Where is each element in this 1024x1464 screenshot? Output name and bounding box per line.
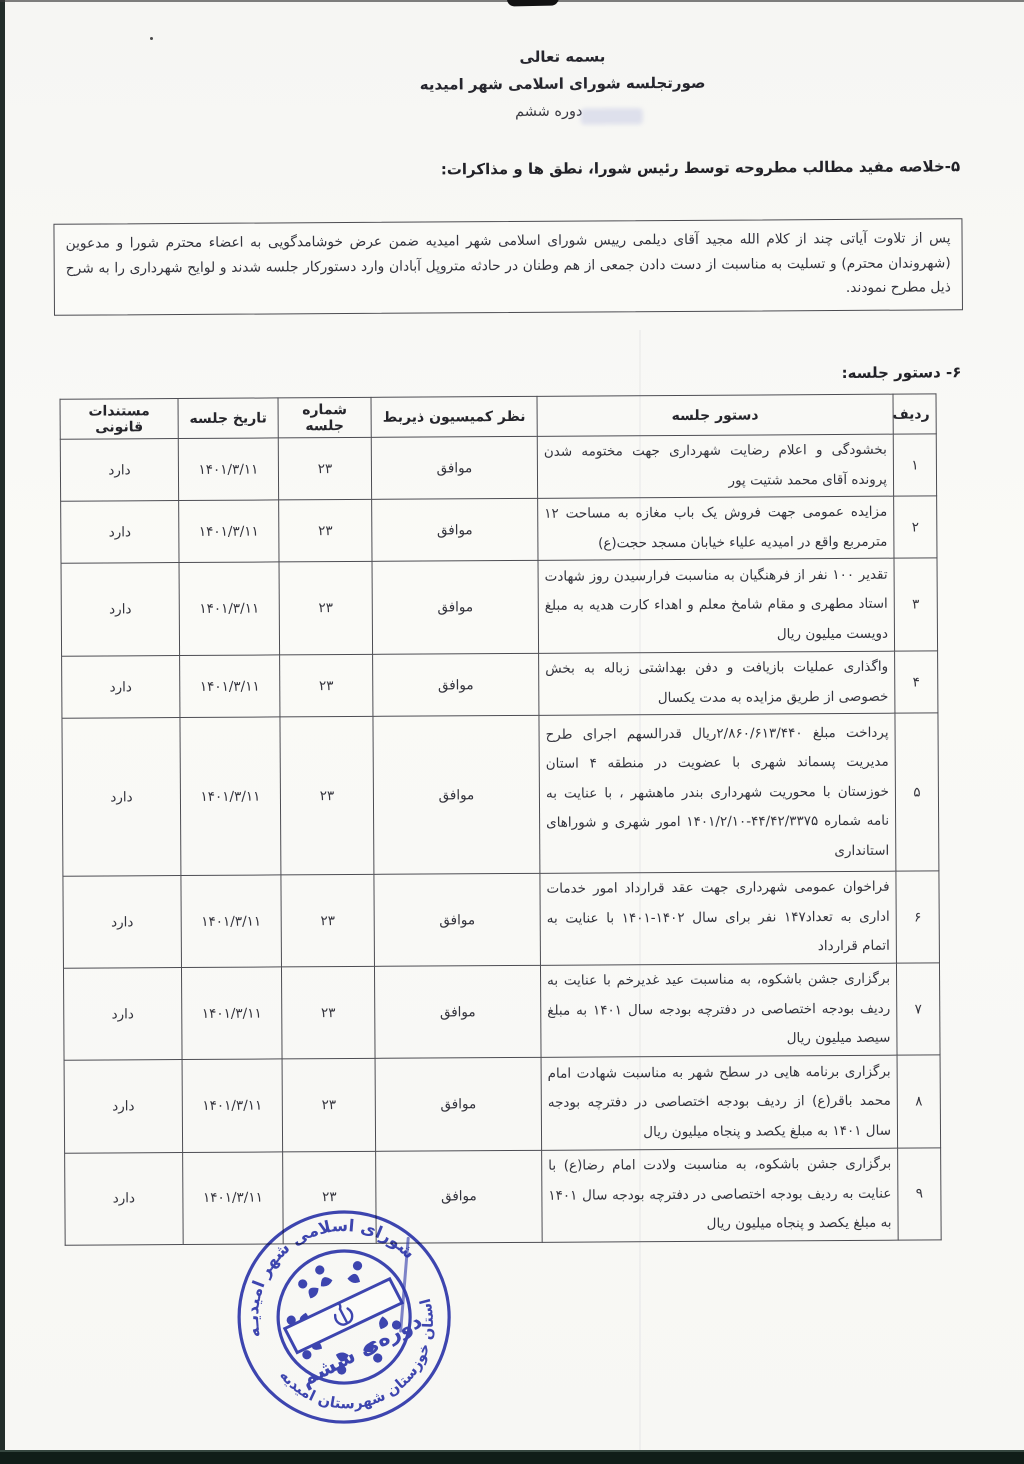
council-stamp: شورای اسلامی شهر امیدیـه استان خوزستان ش… [210, 1183, 478, 1451]
bismillah-line: بسمه تعالی [362, 46, 762, 66]
document-sheet: بسمه تعالی صورتجلسه شورای اسلامی شهر امی… [0, 0, 1024, 1464]
row-number: ۵ [895, 713, 939, 871]
scanned-document-page: بسمه تعالی صورتجلسه شورای اسلامی شهر امی… [0, 0, 1024, 1464]
col-header-session-number: شماره جلسه [278, 397, 371, 438]
commission-opinion: موافق [374, 873, 541, 966]
table-row: ۳ تقدیر ۱۰۰ نفر از فرهنگیان به مناسبت فر… [61, 558, 938, 656]
col-header-agenda: دستور جلسه [537, 394, 893, 436]
session-number: ۲۳ [279, 499, 372, 562]
legal-docs: دارد [61, 563, 180, 657]
commission-opinion: موافق [373, 715, 540, 874]
commission-opinion: موافق [372, 560, 539, 654]
ink-smudge [581, 108, 643, 124]
legal-docs: دارد [61, 501, 179, 564]
session-date: ۱۴۰۱/۳/۱۱ [181, 967, 282, 1060]
scan-edge-left [0, 0, 5, 1464]
table-row: ۷ برگزاری جشن باشکوه، به مناسبت عید غدیر… [63, 963, 940, 1060]
agenda-text: بخشودگی و اعلام رضایت شهرداری جهت مختومه… [537, 434, 893, 498]
agenda-text: برگزاری جشن باشکوه، به مناسبت عید غدیرخم… [540, 963, 897, 1057]
paper-fold-line [639, 330, 641, 1450]
agenda-text: واگذاری عملیات بازیافت و دفن بهداشتی زبا… [539, 651, 895, 715]
col-header-session-date: تاریخ جلسه [178, 398, 278, 439]
session-date: ۱۴۰۱/۳/۱۱ [179, 500, 279, 563]
session-number: ۲۳ [279, 561, 373, 655]
agenda-text: تقدیر ۱۰۰ نفر از فرهنگیان به مناسبت فرار… [538, 558, 895, 653]
row-number: ۶ [896, 871, 940, 963]
table-header-row: ردیف دستور جلسه نظر کمیسیون ذیربط شماره … [60, 394, 936, 439]
session-date: ۱۴۰۱/۳/۱۱ [182, 1059, 283, 1153]
table-row: ۱ بخشودگی و اعلام رضایت شهرداری جهت مختو… [60, 434, 936, 501]
row-number: ۷ [896, 963, 940, 1055]
agenda-text: برگزاری برنامه هایی در سطح شهر به مناسبت… [541, 1055, 898, 1150]
session-number: ۲۳ [281, 874, 375, 967]
col-header-row-number: ردیف [893, 394, 936, 434]
session-number: ۲۳ [281, 966, 375, 1059]
legal-docs: دارد [60, 439, 178, 502]
chairman-remarks-box: پس از تلاوت آیاتی چند از کلام الله مجید … [53, 218, 963, 315]
session-date: ۱۴۰۱/۳/۱۱ [180, 655, 280, 718]
legal-docs: دارد [65, 1153, 184, 1245]
council-term: دوره ششم [363, 103, 735, 121]
session-date: ۱۴۰۱/۳/۱۱ [178, 438, 278, 501]
col-header-commission-opinion: نظر کمیسیون ذیربط [371, 396, 537, 437]
session-date: ۱۴۰۱/۳/۱۱ [181, 875, 282, 968]
agenda-text: برگزاری جشن باشکوه، به مناسبت ولادت امام… [542, 1148, 899, 1242]
agenda-text: مزایده عمومی جهت فروش یک باب مغازه به مس… [538, 496, 894, 560]
session-date: ۱۴۰۱/۳/۱۱ [180, 717, 281, 876]
session-number: ۲۳ [282, 1058, 376, 1152]
table-row: ۴ واگذاری عملیات بازیافت و دفن بهداشتی ز… [62, 651, 938, 718]
session-date: ۱۴۰۱/۳/۱۱ [179, 562, 280, 656]
table-row: ۶ فراخوان عمومی شهرداری جهت عقد قرارداد … [63, 871, 940, 968]
col-header-legal-docs: مستندات قانونی [60, 399, 178, 440]
scan-artifact-blob [507, 0, 559, 6]
table-row: ۹ برگزاری جشن باشکوه، به مناسبت ولادت ام… [65, 1148, 942, 1245]
table-row: ۸ برگزاری برنامه هایی در سطح شهر به مناس… [64, 1055, 941, 1153]
legal-docs: دارد [64, 1060, 183, 1154]
row-number: ۸ [897, 1055, 941, 1148]
document-title: صورتجلسه شورای اسلامی شهر امیدیه [363, 73, 763, 93]
session-number: ۲۳ [280, 716, 374, 875]
agenda-table: ردیف دستور جلسه نظر کمیسیون ذیربط شماره … [60, 393, 942, 1245]
scan-edge-bottom [0, 1450, 1024, 1464]
row-number: ۲ [894, 496, 937, 558]
agenda-text: فراخوان عمومی شهرداری جهت عقد قرارداد ام… [540, 871, 897, 965]
legal-docs: دارد [63, 968, 182, 1061]
section5-heading: ۵-خلاصه مفید مطالب مطروحه توسط رئیس شورا… [441, 157, 960, 178]
session-number: ۲۳ [278, 437, 371, 500]
agenda-text: پرداخت مبلغ ۲/۸۶۰/۶۱۳/۴۴۰ریال قدرالسهم ا… [539, 713, 896, 873]
legal-docs: دارد [63, 876, 182, 969]
section6-heading: ۶- دستور جلسه: [842, 363, 962, 382]
row-number: ۹ [898, 1148, 942, 1240]
commission-opinion: موافق [371, 436, 537, 499]
commission-opinion: موافق [372, 498, 538, 561]
table-row: ۵ پرداخت مبلغ ۲/۸۶۰/۶۱۳/۴۴۰ریال قدرالسهم… [62, 713, 939, 876]
legal-docs: دارد [62, 656, 180, 719]
commission-opinion: موافق [375, 1057, 542, 1151]
row-number: ۱ [893, 434, 936, 496]
legal-docs: دارد [62, 718, 181, 877]
row-number: ۳ [894, 558, 938, 651]
scan-speck [150, 37, 153, 40]
session-number: ۲۳ [280, 654, 373, 717]
document-header: بسمه تعالی صورتجلسه شورای اسلامی شهر امی… [362, 46, 762, 120]
row-number: ۴ [895, 651, 938, 713]
commission-opinion: موافق [374, 965, 541, 1058]
commission-opinion: موافق [373, 653, 539, 716]
table-row: ۲ مزایده عمومی جهت فروش یک باب مغازه به … [61, 496, 937, 563]
